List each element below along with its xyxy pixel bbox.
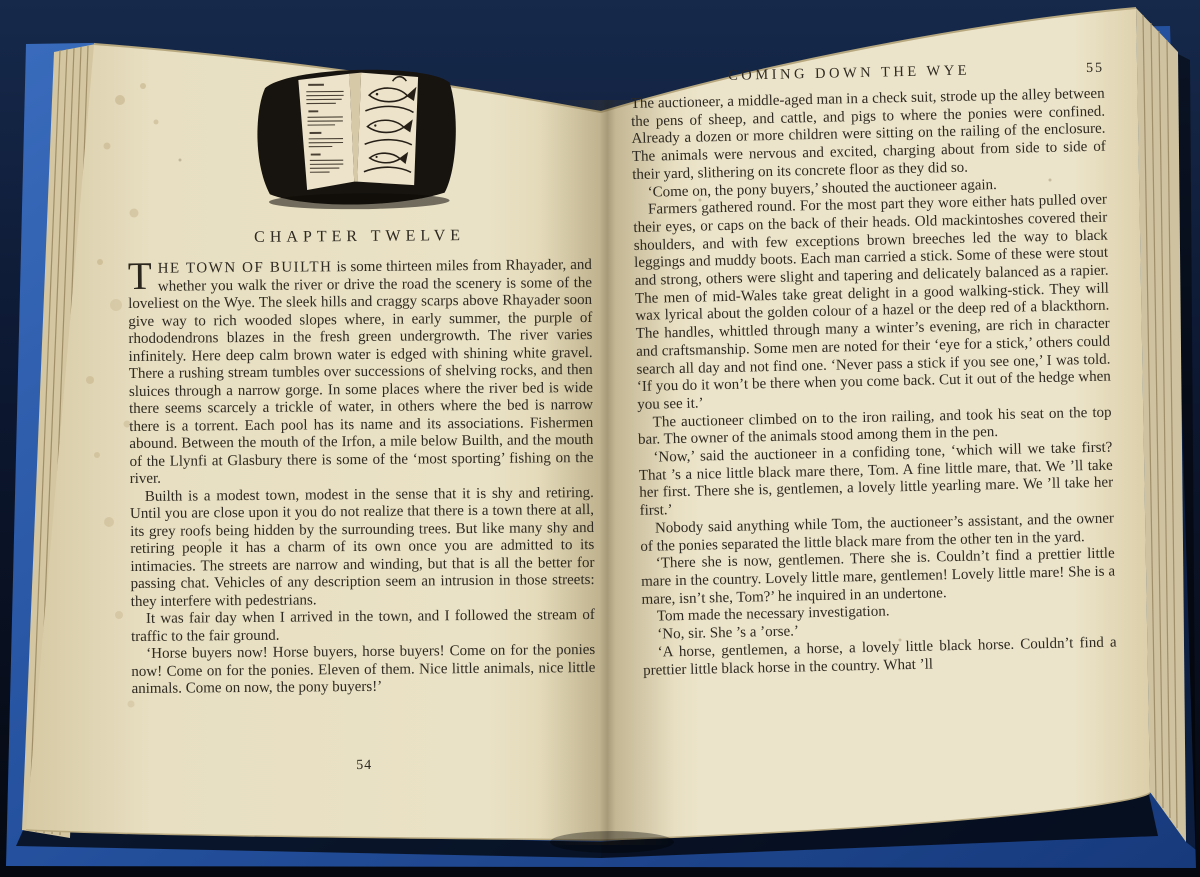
chapter-illustration	[245, 53, 472, 217]
left-page: CHAPTER TWELVE THE TOWN OF BUILTH is som…	[126, 52, 596, 699]
opening-caps: HE TOWN OF BUILTH	[158, 259, 333, 277]
paragraph-opening: THE TOWN OF BUILTH is some thirteen mile…	[128, 257, 594, 489]
paragraph: Builth is a modest town, modest in the s…	[130, 484, 595, 611]
paragraph: ‘Now,’ said the auctioneer in a confidin…	[638, 440, 1113, 521]
open-book-photograph: CHAPTER TWELVE THE TOWN OF BUILTH is som…	[0, 0, 1200, 877]
right-page: COMING DOWN THE WYE 55 The auctioneer, a…	[630, 60, 1117, 680]
page-number-right: 55	[1068, 61, 1104, 78]
paragraph: The auctioneer, a middle-aged man in a c…	[631, 86, 1107, 185]
drop-cap: T	[128, 261, 158, 292]
paragraph: Farmers gathered round. For the most par…	[633, 192, 1112, 415]
paragraph: ‘Horse buyers now! Horse buyers, horse b…	[131, 642, 595, 699]
open-sketchbook-woodcut-icon	[245, 53, 472, 217]
paragraph: It was fair day when I arrived in the to…	[131, 607, 595, 646]
left-page-body: THE TOWN OF BUILTH is some thirteen mile…	[128, 257, 596, 699]
right-page-body: The auctioneer, a middle-aged man in a c…	[631, 86, 1118, 680]
opening-text: is some thirteen miles from Rhayader, an…	[128, 257, 593, 487]
chapter-heading: CHAPTER TWELVE	[128, 226, 592, 248]
